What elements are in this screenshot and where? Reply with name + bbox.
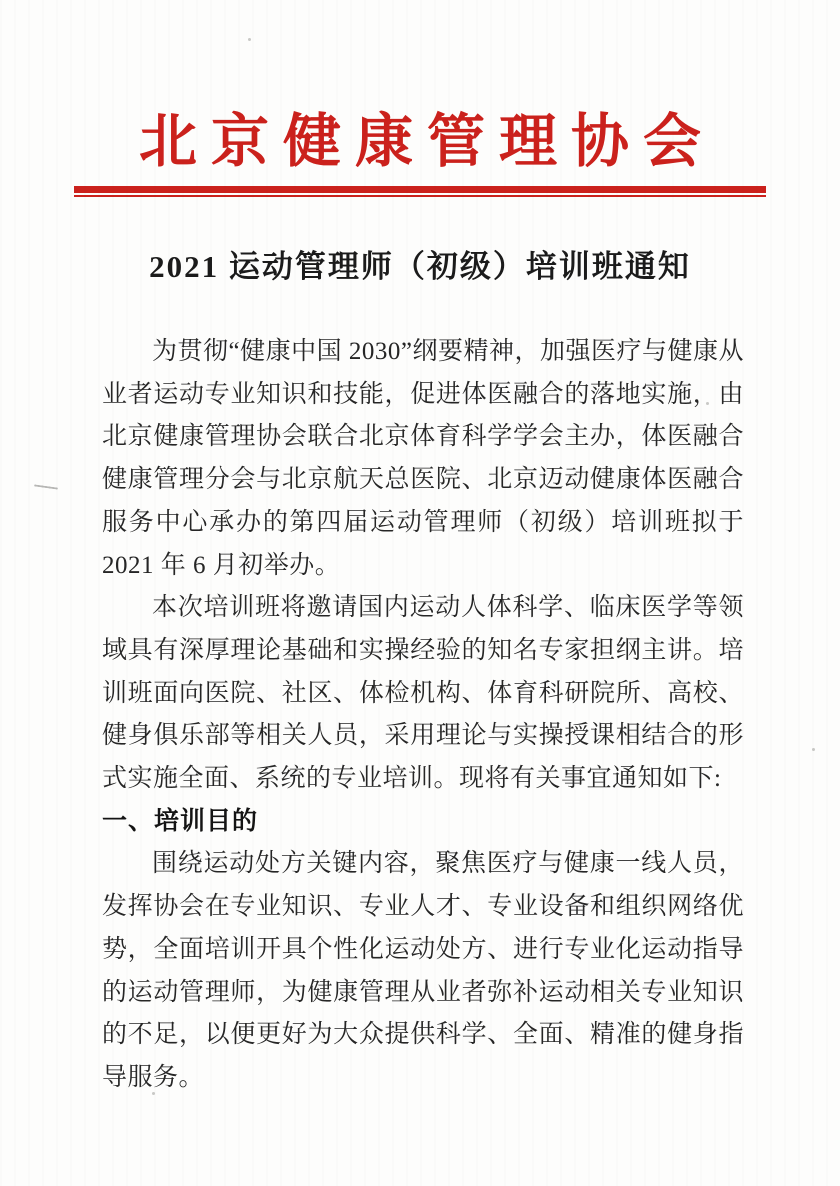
scan-speck [706,402,709,405]
scan-speck [152,1092,155,1095]
paragraph-overview: 本次培训班将邀请国内运动人体科学、临床医学等领域具有深厚理论基础和实操经验的知名… [102,587,744,801]
section-heading-training-purpose: 一、培训目的 [102,801,744,844]
paragraph-training-purpose: 围绕运动处方关键内容，聚焦医疗与健康一线人员，发挥协会在专业知识、专业人才、专业… [102,843,744,1099]
letterhead-title: 北京健康管理协会 [0,94,840,178]
scanned-notice-page: 北京健康管理协会 2021 运动管理师（初级）培训班通知 为贯彻“健康中国 20… [0,0,840,1186]
paragraph-intro: 为贯彻“健康中国 2030”纲要精神，加强医疗与健康从业者运动专业知识和技能，促… [102,331,744,587]
letterhead-rule-thin [74,195,766,197]
letterhead-rule-thick [74,186,766,193]
notice-title: 2021 运动管理师（初级）培训班通知 [0,241,840,286]
letterhead-rule [74,186,766,197]
notice-body: 为贯彻“健康中国 2030”纲要精神，加强医疗与健康从业者运动专业知识和技能，促… [102,331,744,1100]
scan-speck [248,38,251,41]
scan-speck [812,748,815,751]
pen-mark-artifact [34,484,58,489]
